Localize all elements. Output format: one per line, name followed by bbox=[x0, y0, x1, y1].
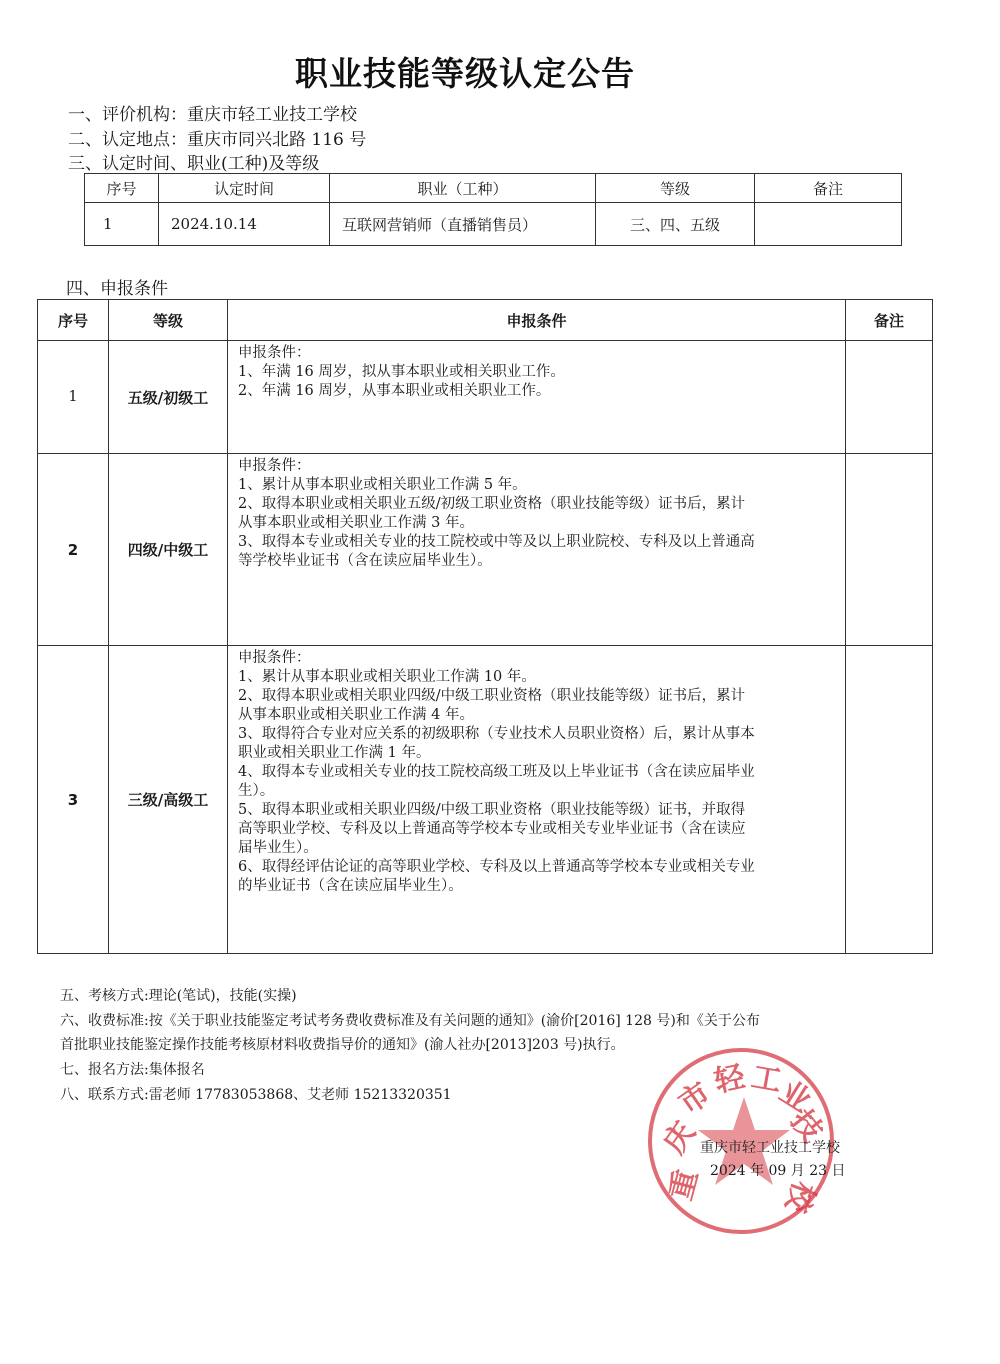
cell-occupation: 互联网营销师（直播销售员） bbox=[330, 203, 596, 246]
condition-line: 6、取得经评估论证的高等职业学校、专科及以上普通高等学校本专业或相关专业 bbox=[238, 858, 837, 877]
condition-line: 职业或相关职业工作满 1 年。 bbox=[238, 744, 837, 763]
section-location: 二、认定地点：重庆市同兴北路 116 号 bbox=[68, 125, 366, 150]
schedule-table: 序号 认定时间 职业（工种） 等级 备注 1 2024.10.14 互联网营销师… bbox=[84, 173, 902, 246]
cell-level: 五级/初级工 bbox=[109, 341, 228, 454]
signature-date: 2024 年 09 月 23 日 bbox=[710, 1160, 846, 1180]
conditions-table-header: 序号 等级 申报条件 备注 bbox=[38, 300, 933, 341]
col-header-note: 备注 bbox=[846, 300, 933, 341]
cell-no: 2 bbox=[38, 454, 109, 646]
cell-date: 2024.10.14 bbox=[159, 203, 330, 246]
condition-line: 2、年满 16 周岁，从事本职业或相关职业工作。 bbox=[238, 382, 837, 401]
condition-line: 申报条件： bbox=[238, 344, 837, 363]
table-row: 1 2024.10.14 互联网营销师（直播销售员） 三、四、五级 bbox=[85, 203, 902, 246]
col-header-no: 序号 bbox=[85, 174, 159, 203]
cell-note bbox=[846, 454, 933, 646]
condition-line: 申报条件： bbox=[238, 649, 837, 668]
cell-levels: 三、四、五级 bbox=[596, 203, 755, 246]
condition-line: 申报条件： bbox=[238, 457, 837, 476]
section-assessment-method: 五、考核方式:理论(笔试)，技能(实操) bbox=[60, 985, 297, 1005]
col-header-level: 等级 bbox=[596, 174, 755, 203]
condition-line: 2、取得本职业或相关职业四级/中级工职业资格（职业技能等级）证书后，累计 bbox=[238, 687, 837, 706]
section-registration-method: 七、报名方法:集体报名 bbox=[60, 1059, 205, 1079]
cell-level: 四级/中级工 bbox=[109, 454, 228, 646]
cell-no: 3 bbox=[38, 646, 109, 954]
col-header-note: 备注 bbox=[755, 174, 902, 203]
document-title: 职业技能等级认定公告 bbox=[0, 48, 930, 95]
condition-line: 1、累计从事本职业或相关职业工作满 5 年。 bbox=[238, 476, 837, 495]
table-row: 1 五级/初级工 申报条件： 1、年满 16 周岁，拟从事本职业或相关职业工作。… bbox=[38, 341, 933, 454]
cell-conditions: 申报条件： 1、年满 16 周岁，拟从事本职业或相关职业工作。 2、年满 16 … bbox=[228, 341, 846, 454]
condition-line: 生）。 bbox=[238, 782, 837, 801]
section-evaluation-org: 一、评价机构：重庆市轻工业技工学校 bbox=[68, 100, 357, 125]
conditions-table: 序号 等级 申报条件 备注 1 五级/初级工 申报条件： 1、年满 16 周岁，… bbox=[37, 299, 933, 954]
cell-note bbox=[755, 203, 902, 246]
cell-note bbox=[846, 646, 933, 954]
schedule-table-header: 序号 认定时间 职业（工种） 等级 备注 bbox=[85, 174, 902, 203]
condition-line: 届毕业生）。 bbox=[238, 839, 837, 858]
condition-line: 等学校毕业证书（含在读应届毕业生）。 bbox=[238, 552, 837, 571]
condition-line: 2、取得本职业或相关职业五级/初级工职业资格（职业技能等级）证书后，累计 bbox=[238, 495, 837, 514]
condition-line: 3、取得本专业或相关专业的技工院校或中等及以上职业院校、专科及以上普通高 bbox=[238, 533, 837, 552]
col-header-level: 等级 bbox=[109, 300, 228, 341]
signature-organization: 重庆市轻工业技工学校 bbox=[700, 1137, 840, 1157]
condition-line: 1、年满 16 周岁，拟从事本职业或相关职业工作。 bbox=[238, 363, 837, 382]
cell-level: 三级/高级工 bbox=[109, 646, 228, 954]
col-header-occupation: 职业（工种） bbox=[330, 174, 596, 203]
condition-line: 的毕业证书（含在读应届毕业生）。 bbox=[238, 877, 837, 896]
condition-line: 从事本职业或相关职业工作满 3 年。 bbox=[238, 514, 837, 533]
section-conditions: 四、申报条件 bbox=[66, 274, 168, 299]
col-header-date: 认定时间 bbox=[159, 174, 330, 203]
condition-line: 高等职业学校、专科及以上普通高等学校本专业或相关专业毕业证书（含在读应 bbox=[238, 820, 837, 839]
section-fee-standard-line1: 六、收费标准:按《关于职业技能鉴定考试考务费收费标准及有关问题的通知》(渝价[2… bbox=[60, 1010, 760, 1030]
col-header-no: 序号 bbox=[38, 300, 109, 341]
condition-line: 从事本职业或相关职业工作满 4 年。 bbox=[238, 706, 837, 725]
condition-line: 1、累计从事本职业或相关职业工作满 10 年。 bbox=[238, 668, 837, 687]
section-fee-standard-line2: 首批职业技能鉴定操作技能考核原材料收费指导价的通知》(渝人社办[2013]203… bbox=[60, 1034, 625, 1054]
section-contact: 八、联系方式:雷老师 17783053868、艾老师 15213320351 bbox=[60, 1084, 452, 1104]
cell-note bbox=[846, 341, 933, 454]
col-header-conditions: 申报条件 bbox=[228, 300, 846, 341]
condition-line: 4、取得本专业或相关专业的技工院校高级工班及以上毕业证书（含在读应届毕业 bbox=[238, 763, 837, 782]
section-time-occupation: 三、认定时间、职业(工种)及等级 bbox=[68, 149, 319, 174]
cell-no: 1 bbox=[85, 203, 159, 246]
table-row: 2 四级/中级工 申报条件： 1、累计从事本职业或相关职业工作满 5 年。 2、… bbox=[38, 454, 933, 646]
condition-line: 5、取得本职业或相关职业四级/中级工职业资格（职业技能等级）证书，并取得 bbox=[238, 801, 837, 820]
condition-line: 3、取得符合专业对应关系的初级职称（专业技术人员职业资格）后，累计从事本 bbox=[238, 725, 837, 744]
cell-conditions: 申报条件： 1、累计从事本职业或相关职业工作满 5 年。 2、取得本职业或相关职… bbox=[228, 454, 846, 646]
table-row: 3 三级/高级工 申报条件： 1、累计从事本职业或相关职业工作满 10 年。 2… bbox=[38, 646, 933, 954]
seal-char: 校 bbox=[777, 1176, 829, 1219]
cell-conditions: 申报条件： 1、累计从事本职业或相关职业工作满 10 年。 2、取得本职业或相关… bbox=[228, 646, 846, 954]
cell-no: 1 bbox=[38, 341, 109, 454]
